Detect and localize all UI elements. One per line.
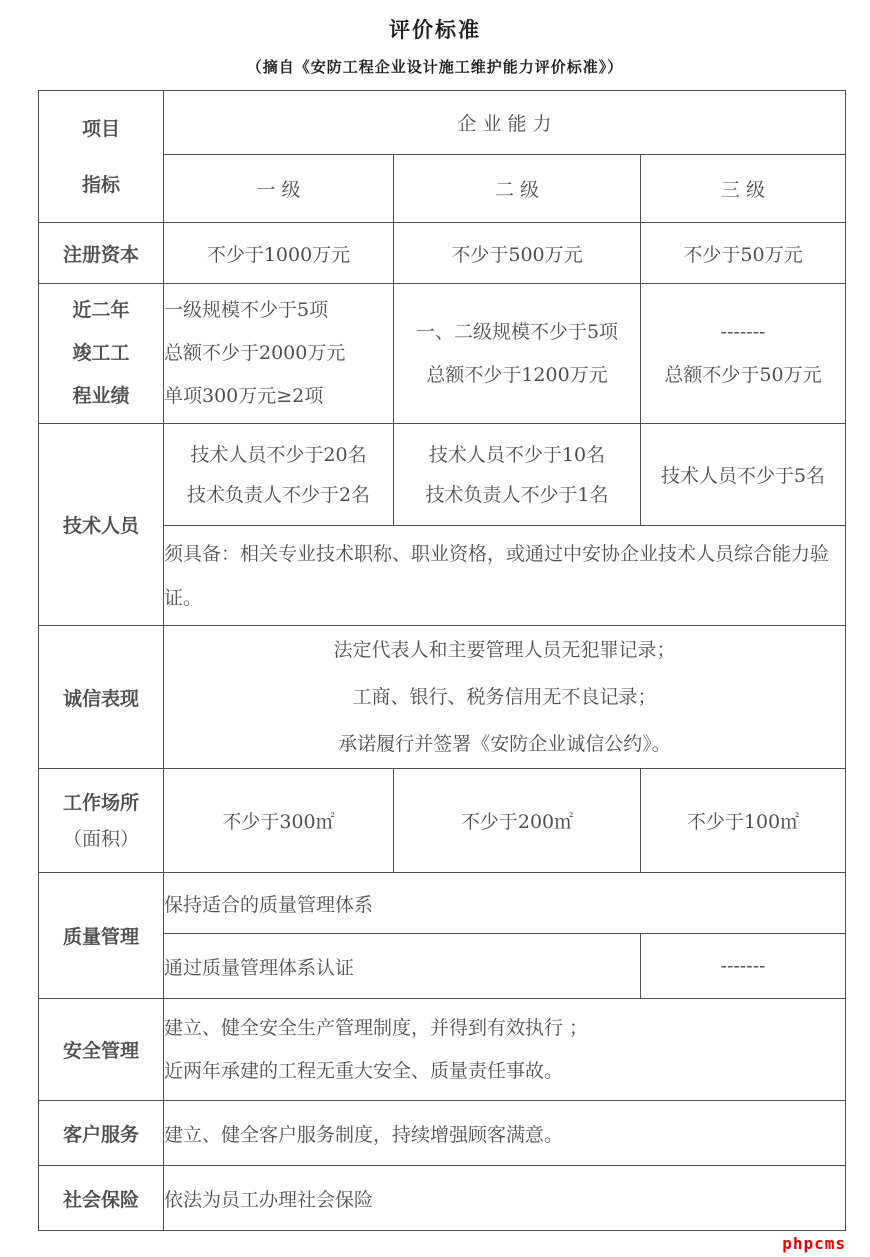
staff-level2: 技术人员不少于10名 技术负责人不少于1名: [394, 424, 641, 526]
header-item-line2: 指标: [39, 157, 163, 213]
row-performance: 近二年 竣工工 程业绩 一级规模不少于5项 总额不少于2000万元 单项300万…: [39, 284, 846, 424]
quality-all-levels: 保持适合的质量管理体系: [164, 873, 846, 934]
safety-line2: 近两年承建的工程无重大安全、质量责任事故。: [164, 1050, 845, 1093]
header-item-line1: 项目: [39, 101, 163, 157]
performance-level1-line3: 单项300万元≥2项: [164, 375, 393, 418]
safety-content: 建立、健全安全生产管理制度，并得到有效执行 ； 近两年承建的工程无重大安全、质量…: [164, 999, 846, 1101]
quality-level3: -------: [641, 934, 846, 999]
performance-level2-line1: 一、二级规模不少于5项: [394, 311, 640, 354]
workplace-label-line1: 工作场所: [39, 785, 163, 821]
staff-level1-line1: 技术人员不少于20名: [164, 435, 393, 475]
staff-level2-line1: 技术人员不少于10名: [394, 435, 640, 475]
workplace-label: 工作场所 （面积）: [39, 769, 164, 873]
row-workplace: 工作场所 （面积） 不少于300㎡ 不少于200㎡ 不少于100㎡: [39, 769, 846, 873]
capital-level3: 不少于50万元: [641, 223, 846, 284]
performance-label: 近二年 竣工工 程业绩: [39, 284, 164, 424]
staff-level1: 技术人员不少于20名 技术负责人不少于2名: [164, 424, 394, 526]
row-quality-1: 质量管理 保持适合的质量管理体系: [39, 873, 846, 934]
evaluation-table: 项目 指标 企 业 能 力 一 级 二 级 三 级 注册资本 不少于1000万元…: [38, 90, 846, 1231]
header-row-1: 项目 指标 企 业 能 力: [39, 91, 846, 155]
performance-label-line3: 程业绩: [39, 375, 163, 418]
performance-level1-line2: 总额不少于2000万元: [164, 332, 393, 375]
performance-level3-line1: -------: [641, 311, 845, 354]
header-capability-cell: 企 业 能 力: [164, 91, 846, 155]
capital-level1: 不少于1000万元: [164, 223, 394, 284]
row-registered-capital: 注册资本 不少于1000万元 不少于500万元 不少于50万元: [39, 223, 846, 284]
workplace-label-line2: （面积）: [39, 821, 163, 857]
capital-level2: 不少于500万元: [394, 223, 641, 284]
header-level3-cell: 三 级: [641, 155, 846, 223]
workplace-level3: 不少于100㎡: [641, 769, 846, 873]
staff-level3: 技术人员不少于5名: [641, 424, 846, 526]
performance-level2: 一、二级规模不少于5项 总额不少于1200万元: [394, 284, 641, 424]
safety-label: 安全管理: [39, 999, 164, 1101]
phpcms-logo: phpcms: [782, 1234, 846, 1253]
integrity-line3: 承诺履行并签署《安防企业诚信公约》。: [164, 721, 845, 768]
staff-requirement: 须具备：相关专业技术职称、职业资格，或通过中安协企业技术人员综合能力验证。: [164, 526, 846, 626]
page-subtitle: （摘自《安防工程企业设计施工维护能力评价标准》）: [0, 56, 870, 78]
insurance-label: 社会保险: [39, 1166, 164, 1231]
row-integrity: 诚信表现 法定代表人和主要管理人员无犯罪记录； 工商、银行、税务信用无不良记录；…: [39, 626, 846, 769]
page-title: 评价标准: [0, 0, 870, 44]
insurance-content: 依法为员工办理社会保险: [164, 1166, 846, 1231]
header-level1-cell: 一 级: [164, 155, 394, 223]
performance-label-line2: 竣工工: [39, 332, 163, 375]
workplace-level2: 不少于200㎡: [394, 769, 641, 873]
row-safety: 安全管理 建立、健全安全生产管理制度，并得到有效执行 ； 近两年承建的工程无重大…: [39, 999, 846, 1101]
customer-label: 客户服务: [39, 1101, 164, 1166]
customer-content: 建立、健全客户服务制度，持续增强顾客满意。: [164, 1101, 846, 1166]
row-technical-staff: 技术人员 技术人员不少于20名 技术负责人不少于2名 技术人员不少于10名 技术…: [39, 424, 846, 526]
row-social-insurance: 社会保险 依法为员工办理社会保险: [39, 1166, 846, 1231]
performance-level3-line2: 总额不少于50万元: [641, 354, 845, 397]
integrity-line2: 工商、银行、税务信用无不良记录；: [164, 674, 845, 721]
performance-level1-line1: 一级规模不少于5项: [164, 289, 393, 332]
header-level2-cell: 二 级: [394, 155, 641, 223]
performance-level1: 一级规模不少于5项 总额不少于2000万元 单项300万元≥2项: [164, 284, 394, 424]
capital-label: 注册资本: [39, 223, 164, 284]
integrity-line1: 法定代表人和主要管理人员无犯罪记录；: [164, 627, 845, 674]
performance-level2-line2: 总额不少于1200万元: [394, 354, 640, 397]
staff-label: 技术人员: [39, 424, 164, 626]
row-customer-service: 客户服务 建立、健全客户服务制度，持续增强顾客满意。: [39, 1101, 846, 1166]
integrity-label: 诚信表现: [39, 626, 164, 769]
workplace-level1: 不少于300㎡: [164, 769, 394, 873]
safety-line1: 建立、健全安全生产管理制度，并得到有效执行 ；: [164, 1007, 845, 1050]
integrity-content: 法定代表人和主要管理人员无犯罪记录； 工商、银行、税务信用无不良记录； 承诺履行…: [164, 626, 846, 769]
staff-level2-line2: 技术负责人不少于1名: [394, 475, 640, 515]
quality-label: 质量管理: [39, 873, 164, 999]
staff-level1-line2: 技术负责人不少于2名: [164, 475, 393, 515]
quality-level12: 通过质量管理体系认证: [164, 934, 641, 999]
performance-label-line1: 近二年: [39, 289, 163, 332]
performance-level3: ------- 总额不少于50万元: [641, 284, 846, 424]
header-item-cell: 项目 指标: [39, 91, 164, 223]
